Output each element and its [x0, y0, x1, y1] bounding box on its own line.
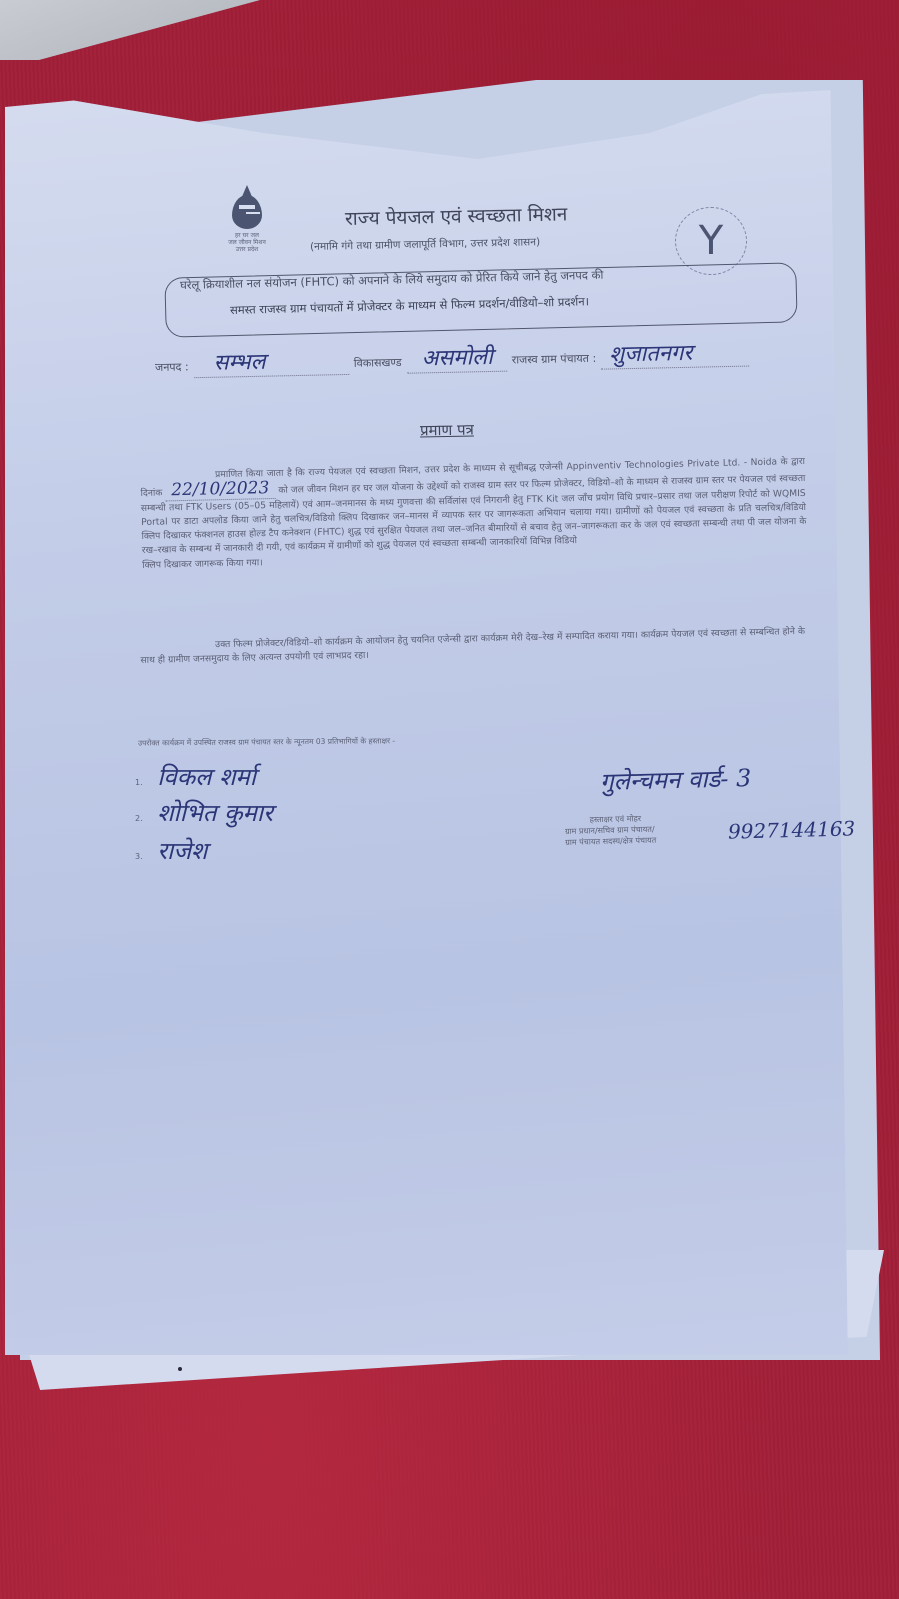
block-label: विकासखण्ड [354, 356, 402, 370]
mission-subtitle: (नमामि गंगे तथा ग्रामीण जलापूर्ति विभाग,… [310, 235, 540, 254]
participants-intro: उपरोक्त कार्यक्रम में उपस्थित राजस्व ग्र… [138, 736, 478, 749]
certificate-body: प्रमाणित किया जाता है कि राज्य पेयजल एवं… [140, 455, 807, 573]
jal-jeevan-mission-logo: हर घर जल जल जीवन मिशन उत्तर प्रदेश [222, 195, 272, 265]
ink-speck [178, 1367, 182, 1371]
participant-row: 3. राजेश [135, 834, 207, 867]
certificate-body-2: उक्त फिल्म प्रोजेक्टर/विडियो–शो कार्यक्र… [140, 625, 805, 669]
participant-signature: विकल शर्मा [157, 763, 256, 791]
mission-title: राज्य पेयजल एवं स्वच्छता मिशन [345, 200, 568, 231]
body-text-2: उक्त फिल्म प्रोजेक्टर/विडियो–शो कार्यक्र… [140, 626, 805, 666]
block-value: असमोली [406, 341, 507, 374]
panchayat-label: राजस्व ग्राम पंचायत : [512, 352, 597, 367]
body-text-tail: क्लिप दिखाकर जागरूक किया गया। [142, 557, 263, 571]
certificate-document: हर घर जल जल जीवन मिशन उत्तर प्रदेश राज्य… [0, 0, 899, 1599]
participant-signature: राजेश [157, 837, 207, 865]
certificate-title: प्रमाण पत्र [420, 420, 474, 441]
participant-signature: शोभित कुमार [157, 799, 273, 827]
panchayat-value: शुजातनगर [601, 336, 750, 370]
phone-number: 9927144163 [728, 816, 856, 843]
participant-row: 1. विकल शर्मा [135, 760, 256, 793]
water-drop-tap-icon [232, 195, 262, 229]
participant-row: 2. शोभित कुमार [135, 796, 273, 829]
official-designation: हस्ताक्षर एवं मोहर ग्राम प्रधान/सचिव ग्र… [565, 813, 657, 848]
location-fields: जनपद : सम्भल विकासखण्ड असमोली राजस्व ग्र… [155, 336, 750, 379]
official-signature: गुलेन्चमन वार्ड- 3 [600, 761, 752, 798]
logo-caption: हर घर जल जल जीवन मिशन उत्तर प्रदेश [222, 232, 272, 253]
district-label: जनपद : [155, 360, 189, 374]
event-date: 22/10/2023 [165, 478, 275, 501]
district-value: सम्भल [193, 344, 349, 378]
